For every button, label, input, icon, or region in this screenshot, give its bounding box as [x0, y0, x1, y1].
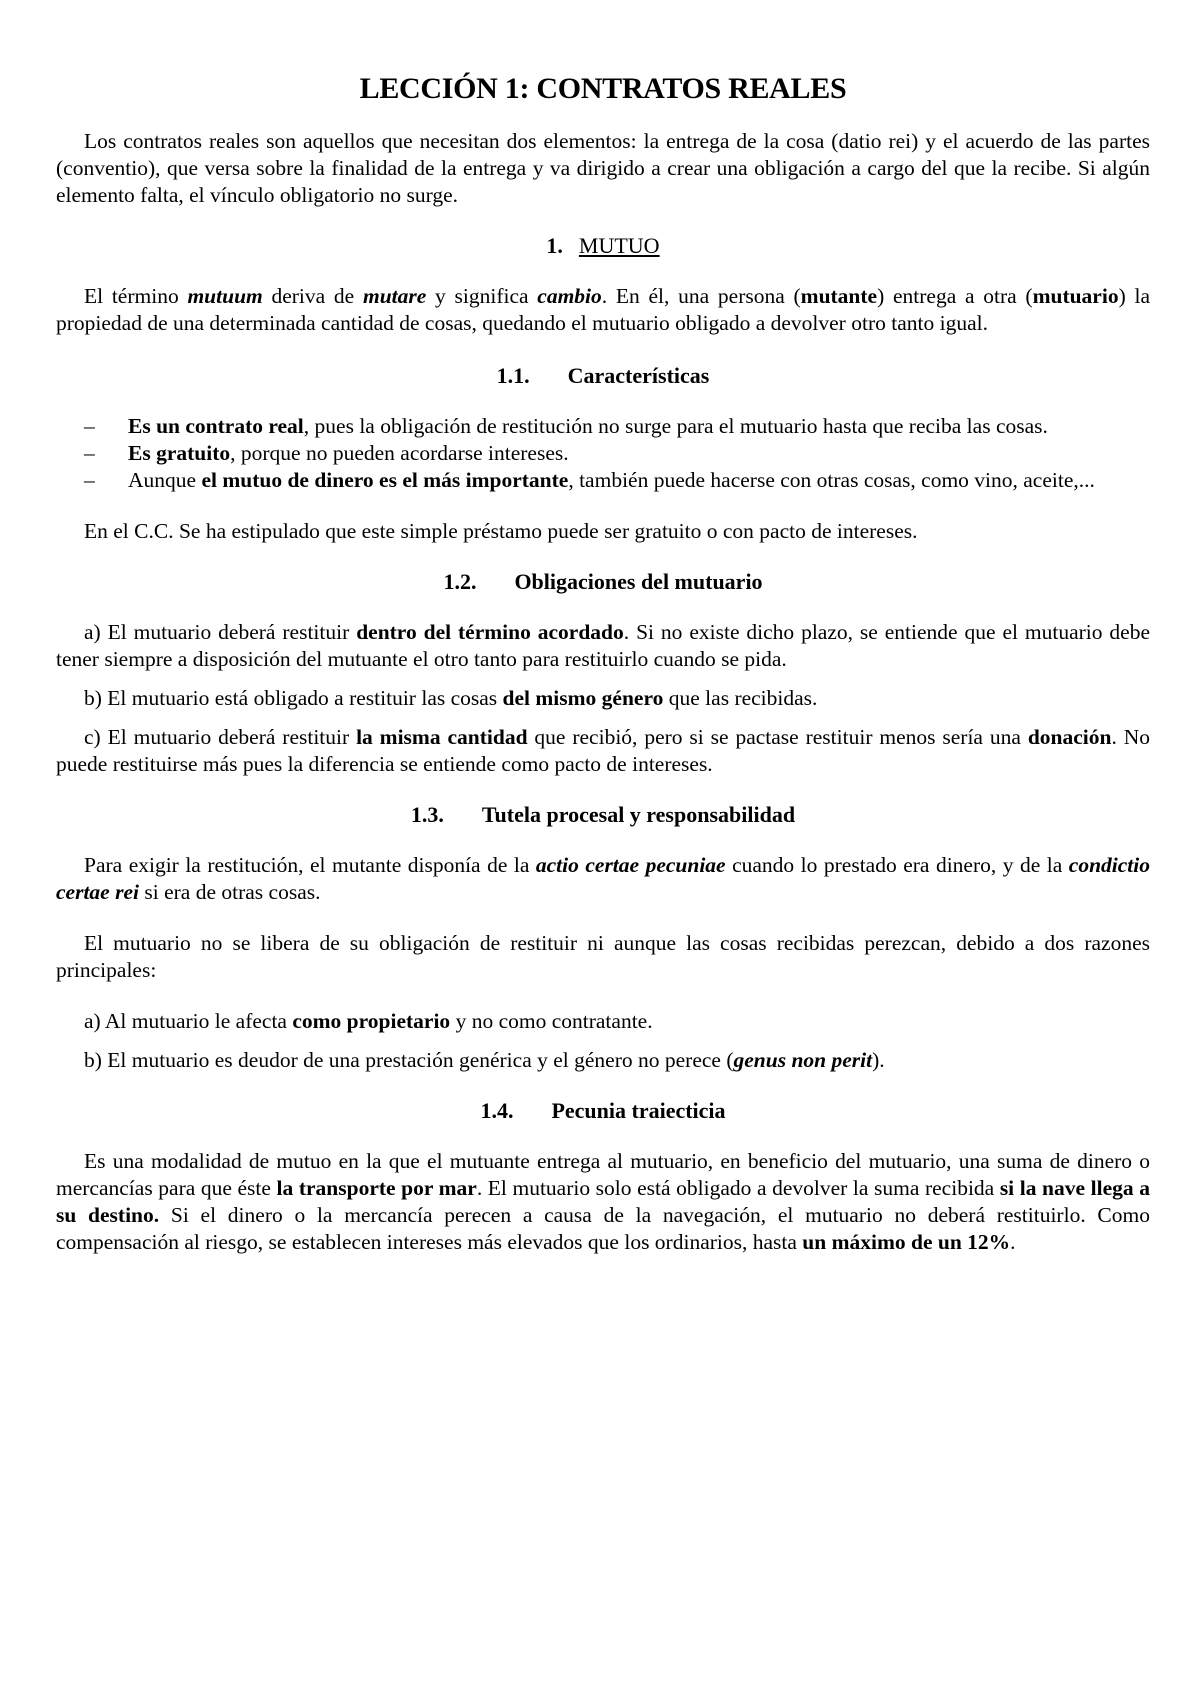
- text-run: deriva de: [263, 284, 363, 308]
- responsibility-paragraph: El mutuario no se libera de su obligació…: [56, 930, 1150, 984]
- bullet-item: –Es un contrato real, pues la obligación…: [56, 413, 1150, 440]
- term-cambio: cambio: [537, 284, 602, 308]
- section-number: 1.: [546, 233, 563, 258]
- term-actio-certae-pecuniae: actio certae pecuniae: [536, 853, 726, 877]
- item-text: c) El mutuario deberá restituir: [84, 725, 356, 749]
- text-run: y significa: [426, 284, 537, 308]
- text-run: Para exigir la restitución, el mutante d…: [84, 853, 536, 877]
- item-text: que recibió, pero si se pactase restitui…: [528, 725, 1028, 749]
- term-mutuum: mutuum: [187, 284, 262, 308]
- term-mutante: mutante: [801, 284, 877, 308]
- subsection-title: Pecunia traiecticia: [551, 1098, 725, 1123]
- dash-bullet-icon: –: [84, 413, 128, 440]
- item-text: a) Al mutuario le afecta: [84, 1009, 292, 1033]
- subsection-title: Características: [568, 363, 710, 388]
- item-bold-text: como propietario: [292, 1009, 450, 1033]
- document-page: LECCIÓN 1: CONTRATOS REALES Los contrato…: [0, 0, 1200, 1698]
- reason-item: b) El mutuario es deudor de una prestaci…: [56, 1047, 1150, 1074]
- text-run: .: [1010, 1230, 1015, 1254]
- bullet-bold-text: Es gratuito: [128, 441, 230, 465]
- text-run: si era de otras cosas.: [139, 880, 321, 904]
- subsection-heading-pecunia: 1.4.Pecunia traiecticia: [56, 1098, 1150, 1124]
- bullet-text: , porque no pueden acordarse intereses.: [230, 441, 569, 465]
- lesson-title: LECCIÓN 1: CONTRATOS REALES: [56, 72, 1150, 106]
- bullet-item: –Es gratuito, porque no pueden acordarse…: [56, 440, 1150, 467]
- obligation-item: a) El mutuario deberá restituir dentro d…: [56, 619, 1150, 673]
- text-run: El término: [84, 284, 187, 308]
- section-title: MUTUO: [579, 233, 660, 258]
- text-run: ) entrega a otra (: [877, 284, 1032, 308]
- intro-paragraph: Los contratos reales son aquellos que ne…: [56, 128, 1150, 209]
- text-run: cuando lo prestado era dinero, y de la: [726, 853, 1069, 877]
- obligation-item: b) El mutuario está obligado a restituir…: [56, 685, 1150, 712]
- cc-note-paragraph: En el C.C. Se ha estipulado que este sim…: [56, 518, 1150, 545]
- pecunia-paragraph: Es una modalidad de mutuo en la que el m…: [56, 1148, 1150, 1256]
- bullet-text: , también puede hacerse con otras cosas,…: [568, 468, 1095, 492]
- dash-bullet-icon: –: [84, 467, 128, 494]
- bullet-text: Aunque: [128, 468, 201, 492]
- subsection-title: Tutela procesal y responsabilidad: [482, 802, 795, 827]
- subsection-number: 1.4.: [480, 1098, 513, 1123]
- subsection-number: 1.2.: [443, 569, 476, 594]
- term-mutare: mutare: [363, 284, 426, 308]
- item-text: y no como contratante.: [450, 1009, 652, 1033]
- bold-run: un máximo de un 12%: [802, 1230, 1010, 1254]
- subsection-number: 1.3.: [411, 802, 444, 827]
- subsection-title: Obligaciones del mutuario: [514, 569, 762, 594]
- term-mutuario: mutuario: [1033, 284, 1119, 308]
- item-bold-text: donación: [1028, 725, 1112, 749]
- item-text: ).: [872, 1048, 885, 1072]
- item-bold-text: la misma cantidad: [356, 725, 527, 749]
- bullet-bold-text: Es un contrato real: [128, 414, 304, 438]
- bullet-bold-text: el mutuo de dinero es el más importante: [201, 468, 568, 492]
- subsection-heading-obligaciones: 1.2.Obligaciones del mutuario: [56, 569, 1150, 595]
- bullet-item: –Aunque el mutuo de dinero es el más imp…: [56, 467, 1150, 494]
- item-text: b) El mutuario está obligado a restituir…: [84, 686, 503, 710]
- item-text: b) El mutuario es deudor de una prestaci…: [84, 1048, 734, 1072]
- obligation-item: c) El mutuario deberá restituir la misma…: [56, 724, 1150, 778]
- bullet-text: , pues la obligación de restitución no s…: [304, 414, 1048, 438]
- item-text: que las recibidas.: [663, 686, 817, 710]
- dash-bullet-icon: –: [84, 440, 128, 467]
- section-heading-mutuo: 1.MUTUO: [56, 233, 1150, 259]
- item-bold-text: del mismo género: [503, 686, 664, 710]
- tutela-paragraph: Para exigir la restitución, el mutante d…: [56, 852, 1150, 906]
- text-run: . El mutuario solo está obligado a devol…: [477, 1176, 1000, 1200]
- item-text: a) El mutuario deberá restituir: [84, 620, 356, 644]
- subsection-number: 1.1.: [497, 363, 530, 388]
- item-bold-text: dentro del término acordado: [356, 620, 624, 644]
- term-genus-non-perit: genus non perit: [734, 1048, 873, 1072]
- subsection-heading-caracteristicas: 1.1.Características: [56, 363, 1150, 389]
- text-run: . En él, una persona (: [602, 284, 801, 308]
- subsection-heading-tutela: 1.3.Tutela procesal y responsabilidad: [56, 802, 1150, 828]
- reason-item: a) Al mutuario le afecta como propietari…: [56, 1008, 1150, 1035]
- bold-run: la transporte por mar: [277, 1176, 477, 1200]
- mutuo-definition-paragraph: El término mutuum deriva de mutare y sig…: [56, 283, 1150, 337]
